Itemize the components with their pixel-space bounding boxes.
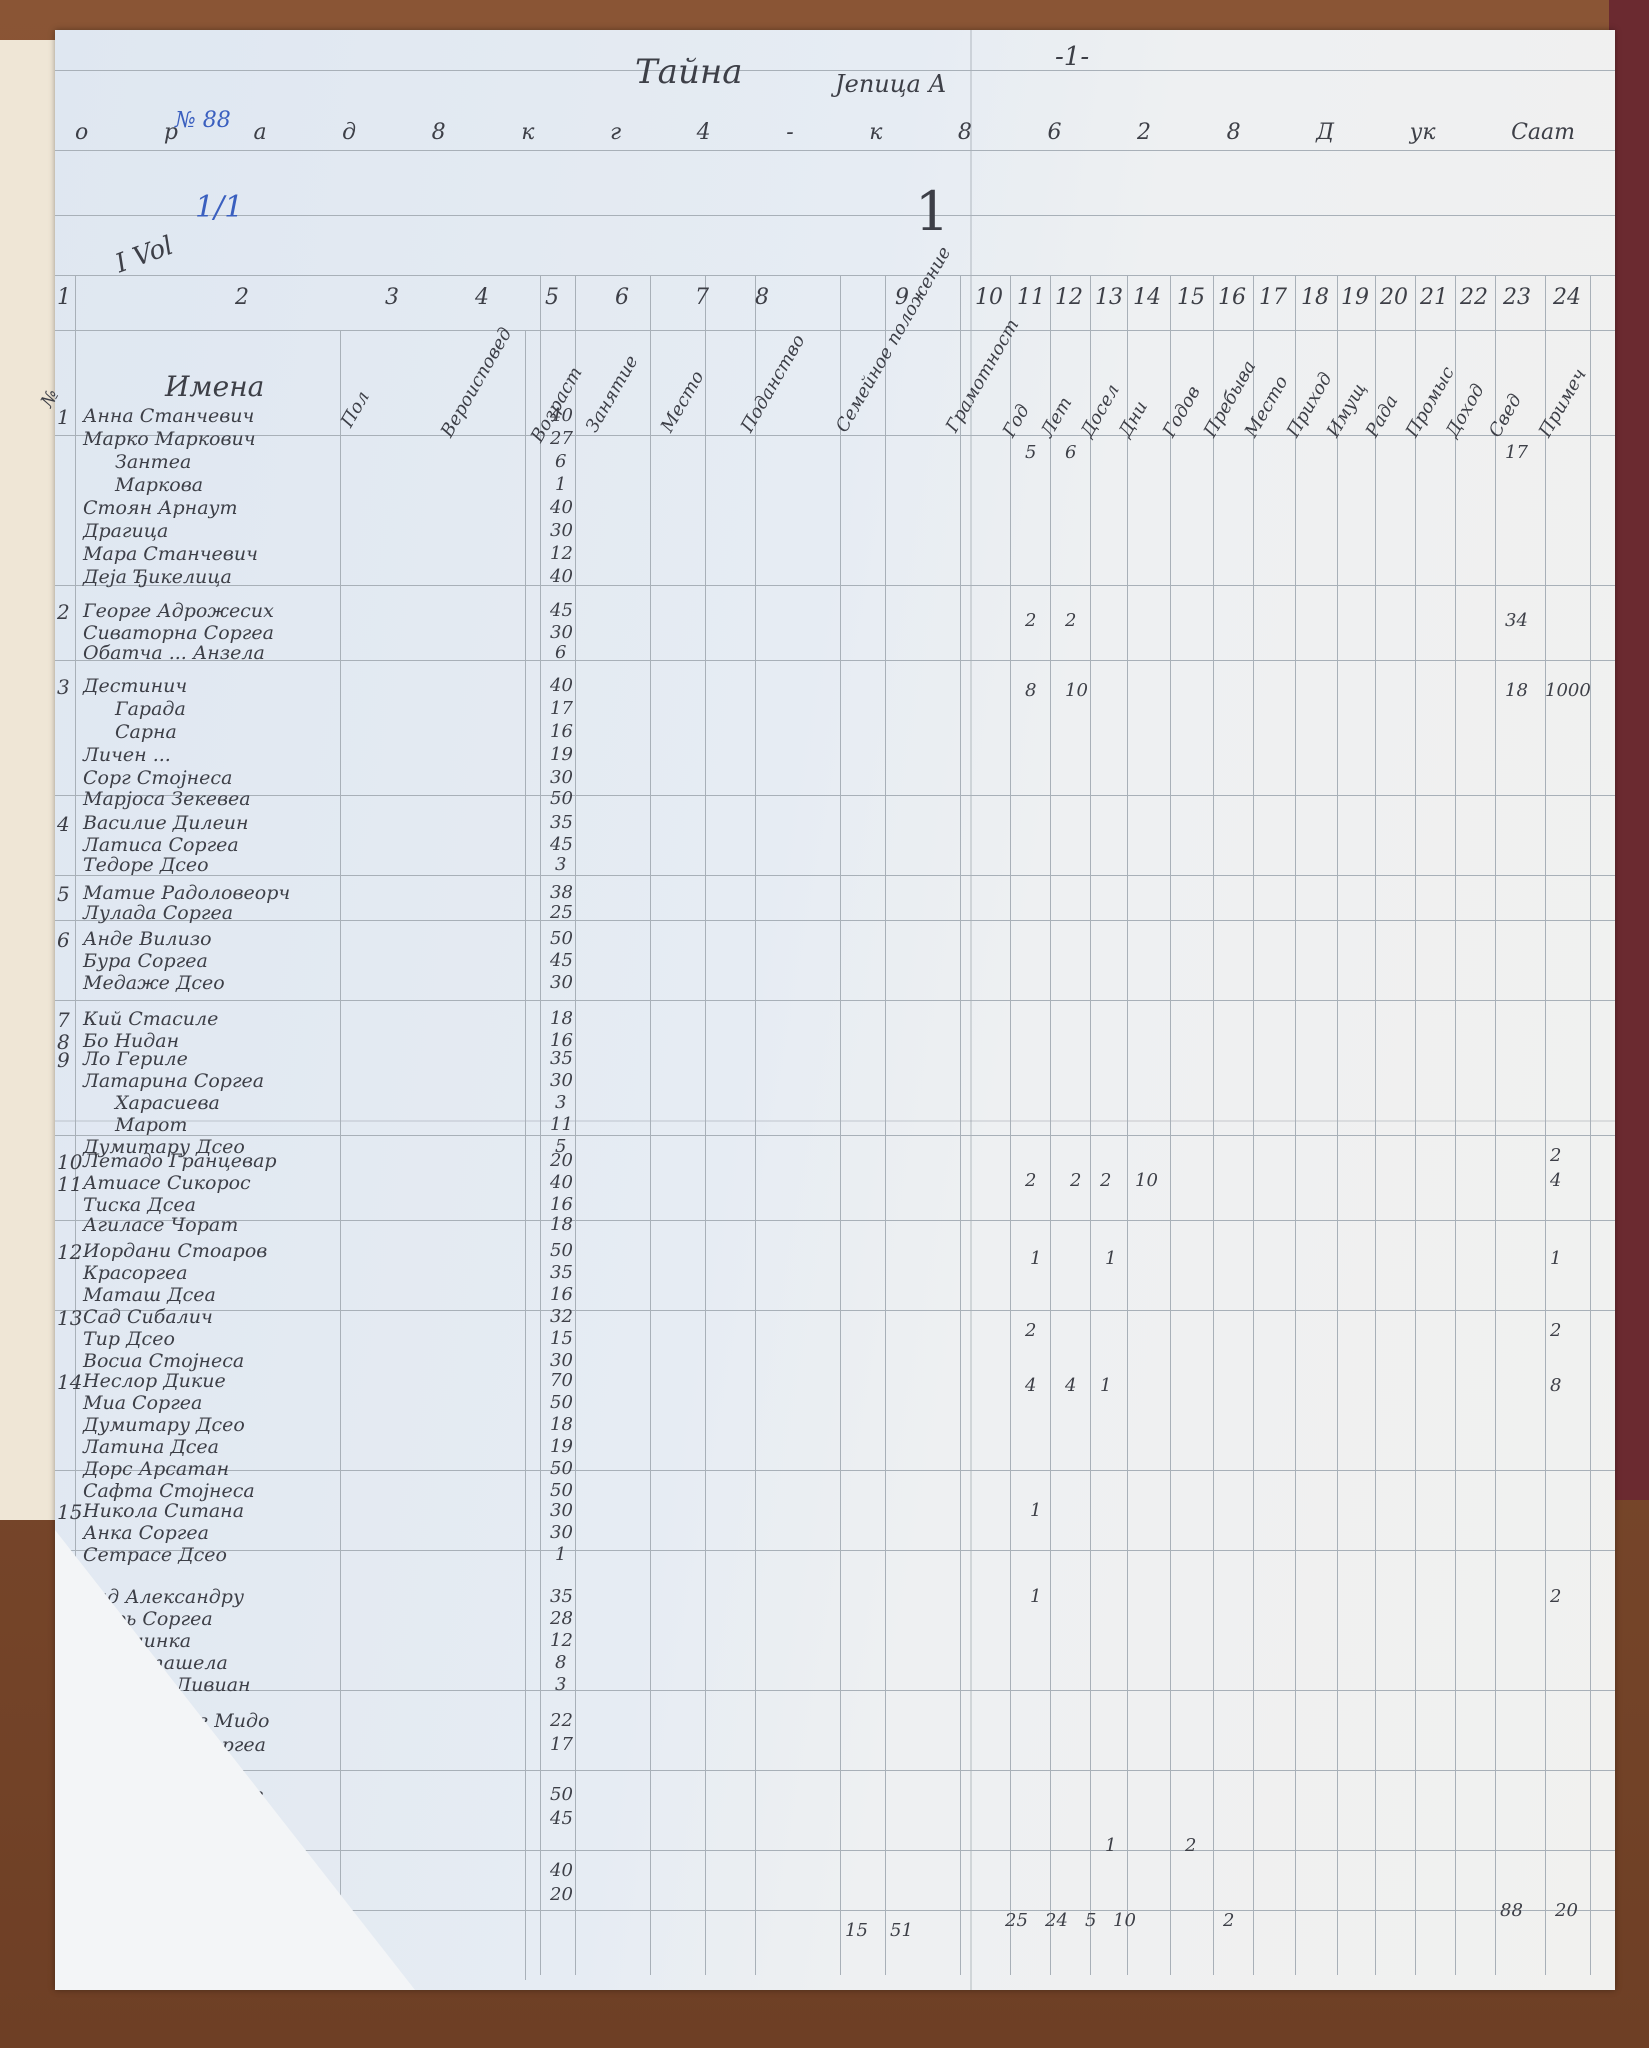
- person-name: Сорг Стојнеса: [83, 767, 232, 789]
- count-cell: 4: [1065, 1375, 1076, 1396]
- age: 12: [550, 543, 573, 564]
- person-name: Марјоса Зекевеа: [83, 788, 251, 810]
- page-marker: -1-: [1055, 42, 1089, 72]
- person-name: Драгица: [83, 520, 168, 542]
- column-header: Поданство: [737, 331, 810, 436]
- top-letter: к: [521, 120, 534, 145]
- age: 35: [550, 1048, 573, 1069]
- total-cell: 24: [1045, 1910, 1068, 1931]
- column-number: 6: [615, 285, 629, 310]
- row-divider: [55, 1000, 1615, 1001]
- row-number: 6: [57, 928, 70, 952]
- count-cell: 5: [1025, 442, 1036, 463]
- count-cell: 10: [1135, 1170, 1158, 1191]
- person-name: Сафта Стојнеса: [83, 1480, 255, 1502]
- row-divider: [55, 1135, 1615, 1136]
- person-name: Мара Станчевич: [83, 543, 258, 565]
- person-name: Ло Гериле: [83, 1048, 188, 1070]
- person-name: Стоян Арнаут: [83, 497, 238, 519]
- column-line: [1375, 275, 1376, 1975]
- row-divider: [55, 660, 1615, 661]
- column-number: 24: [1553, 285, 1581, 310]
- age: 50: [550, 788, 573, 809]
- column-line: [1170, 275, 1171, 1975]
- age: 30: [550, 1500, 573, 1521]
- folded-corner: [55, 1530, 415, 1990]
- fold-crease-horizontal: [55, 1120, 1615, 1122]
- age: 3: [555, 854, 566, 875]
- age: 35: [550, 812, 573, 833]
- top-letter: д: [342, 120, 356, 145]
- rule-line: [55, 150, 1615, 151]
- person-name: Личен ...: [83, 744, 171, 766]
- person-name: Неслор Дикие: [83, 1370, 226, 1392]
- count-cell: 34: [1505, 610, 1528, 631]
- age: 16: [550, 1284, 573, 1305]
- count-cell: 1: [1030, 1586, 1041, 1607]
- age: 18: [550, 1414, 573, 1435]
- person-name: Миа Соргеа: [83, 1392, 202, 1414]
- column-number: 16: [1218, 285, 1246, 310]
- archive-fraction: 1/1: [195, 190, 243, 225]
- row-divider: [55, 585, 1615, 586]
- age: 27: [550, 428, 573, 449]
- column-number: 22: [1460, 285, 1488, 310]
- column-number: 5: [545, 285, 559, 310]
- age: 30: [550, 972, 573, 993]
- count-cell: 2: [1065, 610, 1076, 631]
- person-name: Думитару Дсео: [83, 1414, 245, 1436]
- column-line: [755, 275, 756, 1975]
- person-name: Тиска Дсеа: [83, 1194, 196, 1216]
- person-name: Гарада: [115, 698, 186, 720]
- column-line: [705, 275, 706, 1975]
- person-name: Василие Дилеин: [83, 812, 249, 834]
- person-name: Кий Стасиле: [83, 1008, 218, 1030]
- row-number: 5: [57, 882, 70, 906]
- age: 45: [550, 600, 573, 621]
- column-header: Имена: [165, 370, 264, 403]
- column-line: [575, 275, 576, 1975]
- column-number: 3: [385, 285, 399, 310]
- person-name: Красоргеа: [83, 1262, 188, 1284]
- age: 50: [550, 1458, 573, 1479]
- row-divider: [55, 1220, 1615, 1221]
- column-number: 20: [1380, 285, 1408, 310]
- top-letter: 8: [1227, 120, 1241, 145]
- age: 6: [555, 451, 566, 472]
- count-cell: 1: [1550, 1248, 1561, 1269]
- column-line: [1337, 275, 1338, 1975]
- rule-line: [55, 330, 1615, 331]
- column-line: [1455, 275, 1456, 1975]
- age: 28: [550, 1608, 573, 1629]
- person-name: Тир Дсео: [83, 1328, 175, 1350]
- column-line: [960, 275, 961, 1975]
- person-name: Зантеа: [115, 451, 191, 473]
- age: 70: [550, 1370, 573, 1391]
- count-cell: 2: [1025, 1320, 1036, 1341]
- age: 17: [550, 698, 573, 719]
- top-letter: 2: [1137, 120, 1151, 145]
- age: 40: [550, 1172, 573, 1193]
- person-name: Тедоре Дсео: [83, 854, 209, 876]
- person-name: Иордани Стоаров: [83, 1240, 267, 1262]
- top-letter: ук: [1410, 120, 1436, 145]
- top-letter: Саат: [1511, 120, 1575, 145]
- total-cell: 15: [845, 1920, 868, 1941]
- age: 19: [550, 744, 573, 765]
- person-name: Сад Сибалич: [83, 1306, 213, 1328]
- ledger-sheet: Тайна Јепица А -1- 1 № 88 1/1 I Vol о р …: [55, 30, 1615, 1990]
- column-header: Лет: [1037, 393, 1077, 441]
- row-divider: [55, 795, 1615, 796]
- age: 50: [550, 1784, 573, 1805]
- column-number: 23: [1503, 285, 1531, 310]
- column-line: [1127, 275, 1128, 1975]
- column-line: [1090, 275, 1091, 1975]
- age: 20: [550, 1150, 573, 1171]
- age: 30: [550, 1522, 573, 1543]
- row-number: 4: [57, 812, 70, 836]
- row-number: 9: [57, 1048, 70, 1072]
- age: 16: [550, 1194, 573, 1215]
- person-name: Матие Радоловеорч: [83, 882, 290, 904]
- count-cell: 17: [1505, 442, 1528, 463]
- person-name: Марко Маркович: [83, 428, 256, 450]
- count-cell: 2: [1025, 1170, 1036, 1191]
- age: 25: [550, 902, 573, 923]
- column-number: 7: [695, 285, 709, 310]
- age: 15: [550, 1328, 573, 1349]
- column-number: 1: [57, 285, 71, 310]
- column-header: Примеч: [1535, 365, 1591, 441]
- rule-line: [55, 215, 1615, 216]
- total-cell: 20: [1555, 1900, 1578, 1921]
- person-name: Агиласе Чорат: [83, 1214, 238, 1236]
- count-cell: 2: [1550, 1320, 1561, 1341]
- row-number: 3: [57, 675, 70, 699]
- person-name: Анна Станчевич: [83, 405, 254, 427]
- column-line: [1253, 275, 1254, 1975]
- count-cell: 2: [1070, 1170, 1081, 1191]
- count-cell: 4: [1025, 1375, 1036, 1396]
- top-letter: к: [869, 120, 882, 145]
- column-header: Вероисповед: [437, 324, 517, 441]
- column-line: [1590, 275, 1591, 1975]
- person-name: Восиа Стојнеса: [83, 1350, 244, 1372]
- column-number: 18: [1301, 285, 1329, 310]
- column-number: 14: [1133, 285, 1161, 310]
- age: 17: [550, 1734, 573, 1755]
- count-cell: 2: [1550, 1145, 1561, 1166]
- age: 30: [550, 622, 573, 643]
- count-cell: 1: [1105, 1835, 1116, 1856]
- top-letter: Д: [1316, 120, 1334, 145]
- person-name: Медаже Дсео: [83, 972, 225, 994]
- age: 50: [550, 928, 573, 949]
- count-cell: 6: [1065, 442, 1076, 463]
- column-line: [650, 275, 651, 1975]
- age: 45: [550, 834, 573, 855]
- row-divider: [55, 1470, 1615, 1471]
- age: 11: [550, 1114, 573, 1135]
- total-cell: 25: [1005, 1910, 1028, 1931]
- age: 38: [550, 882, 573, 903]
- column-number: 2: [235, 285, 249, 310]
- age: 45: [550, 1808, 573, 1829]
- column-line: [1010, 275, 1011, 1975]
- age: 30: [550, 1350, 573, 1371]
- column-line: [1495, 275, 1496, 1975]
- row-number: 7: [57, 1008, 70, 1032]
- age: 32: [550, 1306, 573, 1327]
- person-name: Бура Соргеа: [83, 950, 208, 972]
- age: 22: [550, 1710, 573, 1731]
- row-number: 10: [57, 1150, 82, 1174]
- age: 19: [550, 1436, 573, 1457]
- ledger-title: Тайна: [635, 52, 743, 92]
- column-number: 19: [1341, 285, 1369, 310]
- age: 8: [555, 1652, 566, 1673]
- top-letter: 6: [1047, 120, 1061, 145]
- age: 30: [550, 520, 573, 541]
- total-cell: 51: [890, 1920, 913, 1941]
- big-numeral: 1: [915, 180, 949, 243]
- age: 16: [550, 721, 573, 742]
- top-letter: -: [786, 120, 793, 145]
- person-name: Латиса Соргеа: [83, 834, 239, 856]
- top-letter: р: [164, 120, 178, 145]
- row-number: 1: [57, 405, 70, 429]
- column-line: [1050, 275, 1051, 1975]
- age: 50: [550, 1240, 573, 1261]
- age: 30: [550, 1070, 573, 1091]
- age: 40: [550, 566, 573, 587]
- age: 30: [550, 767, 573, 788]
- age: 3: [555, 1674, 566, 1695]
- row-number: 13: [57, 1306, 82, 1330]
- person-name: Летадо Гранцевар: [83, 1150, 277, 1172]
- count-cell: 10: [1065, 680, 1088, 701]
- column-header: Семейное положение: [832, 243, 955, 436]
- column-number: 11: [1017, 285, 1045, 310]
- count-cell: 2: [1025, 610, 1036, 631]
- top-letter: 8: [432, 120, 446, 145]
- age: 40: [550, 675, 573, 696]
- count-cell: 2: [1550, 1586, 1561, 1607]
- column-number: 13: [1095, 285, 1123, 310]
- column-line: [840, 275, 841, 1975]
- top-letter: г: [610, 120, 621, 145]
- age: 35: [550, 1586, 573, 1607]
- count-cell: 1: [1105, 1248, 1116, 1269]
- total-cell: 10: [1113, 1910, 1136, 1931]
- total-cell: 5: [1085, 1910, 1096, 1931]
- book-cover: [1609, 0, 1649, 1500]
- column-header: Рада: [1362, 392, 1403, 441]
- column-line: [525, 330, 526, 1980]
- total-cell: 88: [1500, 1900, 1523, 1921]
- age: 40: [550, 1860, 573, 1881]
- age: 18: [550, 1214, 573, 1235]
- person-name: Обатча ... Анзела: [83, 642, 265, 664]
- person-name: Дестинич: [83, 675, 187, 697]
- column-line: [885, 275, 886, 1975]
- row-number: 2: [57, 600, 70, 624]
- column-number: 12: [1055, 285, 1083, 310]
- count-cell: 1: [1100, 1375, 1111, 1396]
- person-name: Маркова: [115, 474, 203, 496]
- person-name: Атиасе Сикорос: [83, 1172, 251, 1194]
- person-name: Деја Ђикелица: [83, 566, 232, 588]
- column-line: [1213, 275, 1214, 1975]
- rule-line: [55, 275, 1615, 276]
- column-header: Пол: [337, 388, 374, 431]
- top-letter-row: о р а д 8 к г 4 - к 8 6 2 8 Д ук Саат: [75, 120, 1575, 145]
- count-cell: 4: [1550, 1170, 1561, 1191]
- row-divider: [55, 920, 1615, 921]
- age: 12: [550, 1630, 573, 1651]
- person-name: Георге Адрожесих: [83, 600, 274, 622]
- person-name: Лулада Соргеа: [83, 902, 233, 924]
- column-header: Свед: [1485, 390, 1526, 441]
- age: 6: [555, 642, 566, 663]
- column-number: 10: [975, 285, 1003, 310]
- count-cell: 2: [1100, 1170, 1111, 1191]
- column-number: 8: [755, 285, 769, 310]
- age: 40: [550, 405, 573, 426]
- column-header: Занятие: [582, 352, 643, 436]
- volume-label: I Vol: [112, 231, 178, 279]
- row-number: 11: [57, 1172, 82, 1196]
- count-cell: 8: [1025, 680, 1036, 701]
- age: 50: [550, 1480, 573, 1501]
- age: 18: [550, 1008, 573, 1029]
- column-line: [540, 275, 541, 1975]
- column-line: [1415, 275, 1416, 1975]
- person-name: Дорс Арсатан: [83, 1458, 229, 1480]
- person-name: Анде Вилизо: [83, 928, 212, 950]
- age: 35: [550, 1262, 573, 1283]
- column-number: 21: [1420, 285, 1448, 310]
- column-number: 4: [475, 285, 489, 310]
- row-number: 14: [57, 1370, 82, 1394]
- count-cell: 1000: [1545, 680, 1591, 701]
- column-number: 15: [1177, 285, 1205, 310]
- count-cell: 1: [1030, 1248, 1041, 1269]
- person-name: Латина Дсеа: [83, 1436, 219, 1458]
- top-letter: 8: [958, 120, 972, 145]
- column-header: Место: [657, 367, 709, 436]
- top-letter: о: [75, 120, 88, 145]
- column-line: [1545, 275, 1546, 1975]
- age: 45: [550, 950, 573, 971]
- top-letter: а: [253, 120, 266, 145]
- column-header: Годов: [1159, 382, 1205, 441]
- age: 1: [555, 474, 566, 495]
- total-cell: 2: [1223, 1910, 1234, 1931]
- person-name: Марот: [115, 1114, 187, 1136]
- row-divider: [55, 875, 1615, 876]
- person-name: Латарина Соргеа: [83, 1070, 264, 1092]
- person-name: Никола Ситана: [83, 1500, 244, 1522]
- age: 3: [555, 1092, 566, 1113]
- age: 1: [555, 1544, 566, 1565]
- count-cell: 1: [1030, 1500, 1041, 1521]
- count-cell: 2: [1185, 1835, 1196, 1856]
- row-divider: [55, 1310, 1615, 1311]
- top-letter: 4: [697, 120, 711, 145]
- row-number: 15: [57, 1500, 82, 1524]
- row-number: 12: [57, 1240, 82, 1264]
- person-name: Сиваторна Соргеа: [83, 622, 274, 644]
- fold-crease-vertical: [970, 30, 972, 1990]
- person-name: Сарна: [115, 721, 177, 743]
- column-line: [1295, 275, 1296, 1975]
- person-name: Маташ Дсеа: [83, 1284, 216, 1306]
- age: 40: [550, 497, 573, 518]
- age: 50: [550, 1392, 573, 1413]
- ledger-subtitle: Јепица А: [835, 70, 947, 98]
- count-cell: 8: [1550, 1375, 1561, 1396]
- person-name: Харасиева: [115, 1092, 220, 1114]
- column-number: 17: [1259, 285, 1287, 310]
- age: 20: [550, 1884, 573, 1905]
- count-cell: 18: [1505, 680, 1528, 701]
